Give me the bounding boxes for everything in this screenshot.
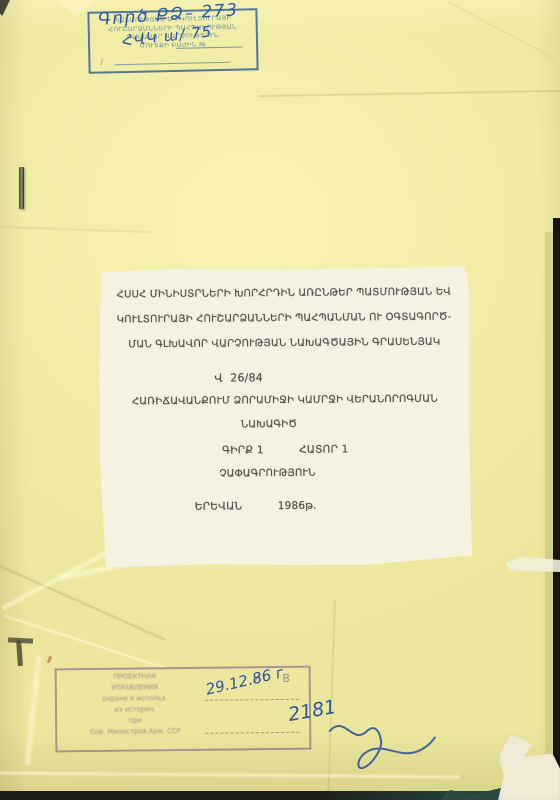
content-type: ՉԱՓԱԳՐՈՒԹՅՈՒՆ	[81, 467, 453, 481]
title-label: ՀՍՍՀ ՄԻՆԻՍՏՐՆԵՐԻ ԽՈՐՀՐԴԻՆ ԱՌԸՆԹԵՐ ՊԱՏՄՈՒ…	[98, 266, 473, 567]
title-line: ՄԱՆ ԳԼԽԱՎՈՐ ՎԱՐՉՈՒԹՅԱՆ ՆԱԽԱԳԾԱՅԻՆ ԳՐԱՍԵՆ…	[98, 336, 470, 350]
title-line: ՀՍՍՀ ՄԻՆԻՍՏՐՆԵՐԻ ԽՈՐՀՐԴԻՆ ԱՌԸՆԹԵՐ ՊԱՏՄՈՒ…	[98, 286, 470, 300]
stamp-fill-line	[176, 47, 242, 49]
book-volume: ԳԻՐՔ 1 ՀԱՏՈՐ 1	[99, 442, 471, 457]
stamp-fill-line	[205, 699, 299, 701]
stamp-line: Сов. Министров Арм. ССР	[57, 726, 213, 739]
scan-background-right	[553, 218, 560, 794]
project-code: Վ 26/84	[53, 370, 425, 386]
project-subject-2: ՆԱԽԱԳԻԾ	[83, 418, 455, 432]
project-subject: ՀԱՌԻՃԱՎԱՆՔՈՒՄ ՁՈՐԱՄԻՋԻ ԿԱՄՐՋԻ ՎԵՐԱՆՈՐՈԳՄ…	[99, 393, 471, 407]
title-line: ԿՈՒԼՏՈՒՐԱՅԻ ՀՈՒՇԱՐՁԱՆՆԵՐԻ ՊԱՀՊԱՆՄԱՆ ՈՒ Օ…	[98, 311, 470, 325]
stamp-fill-line	[114, 62, 230, 65]
stamp-fill-line	[205, 732, 299, 734]
stamp-slash: /	[100, 57, 103, 66]
receipt-stamp-text: ПРОЕКТНАЯ УПРАВЛЕНИЯ охране и использ. и…	[57, 671, 214, 739]
scanned-document: ՊԱՏՄՈՒԹՅԱՆ ԵՎ ԿՈՒԼՏՈՒՐԱՅԻ ՀՈՒՇԱՐՁԱՆՆԵՐԻ …	[0, 0, 560, 800]
staple	[19, 167, 24, 209]
city-year: ԵՐԵՎԱՆ 1986թ.	[70, 499, 442, 514]
